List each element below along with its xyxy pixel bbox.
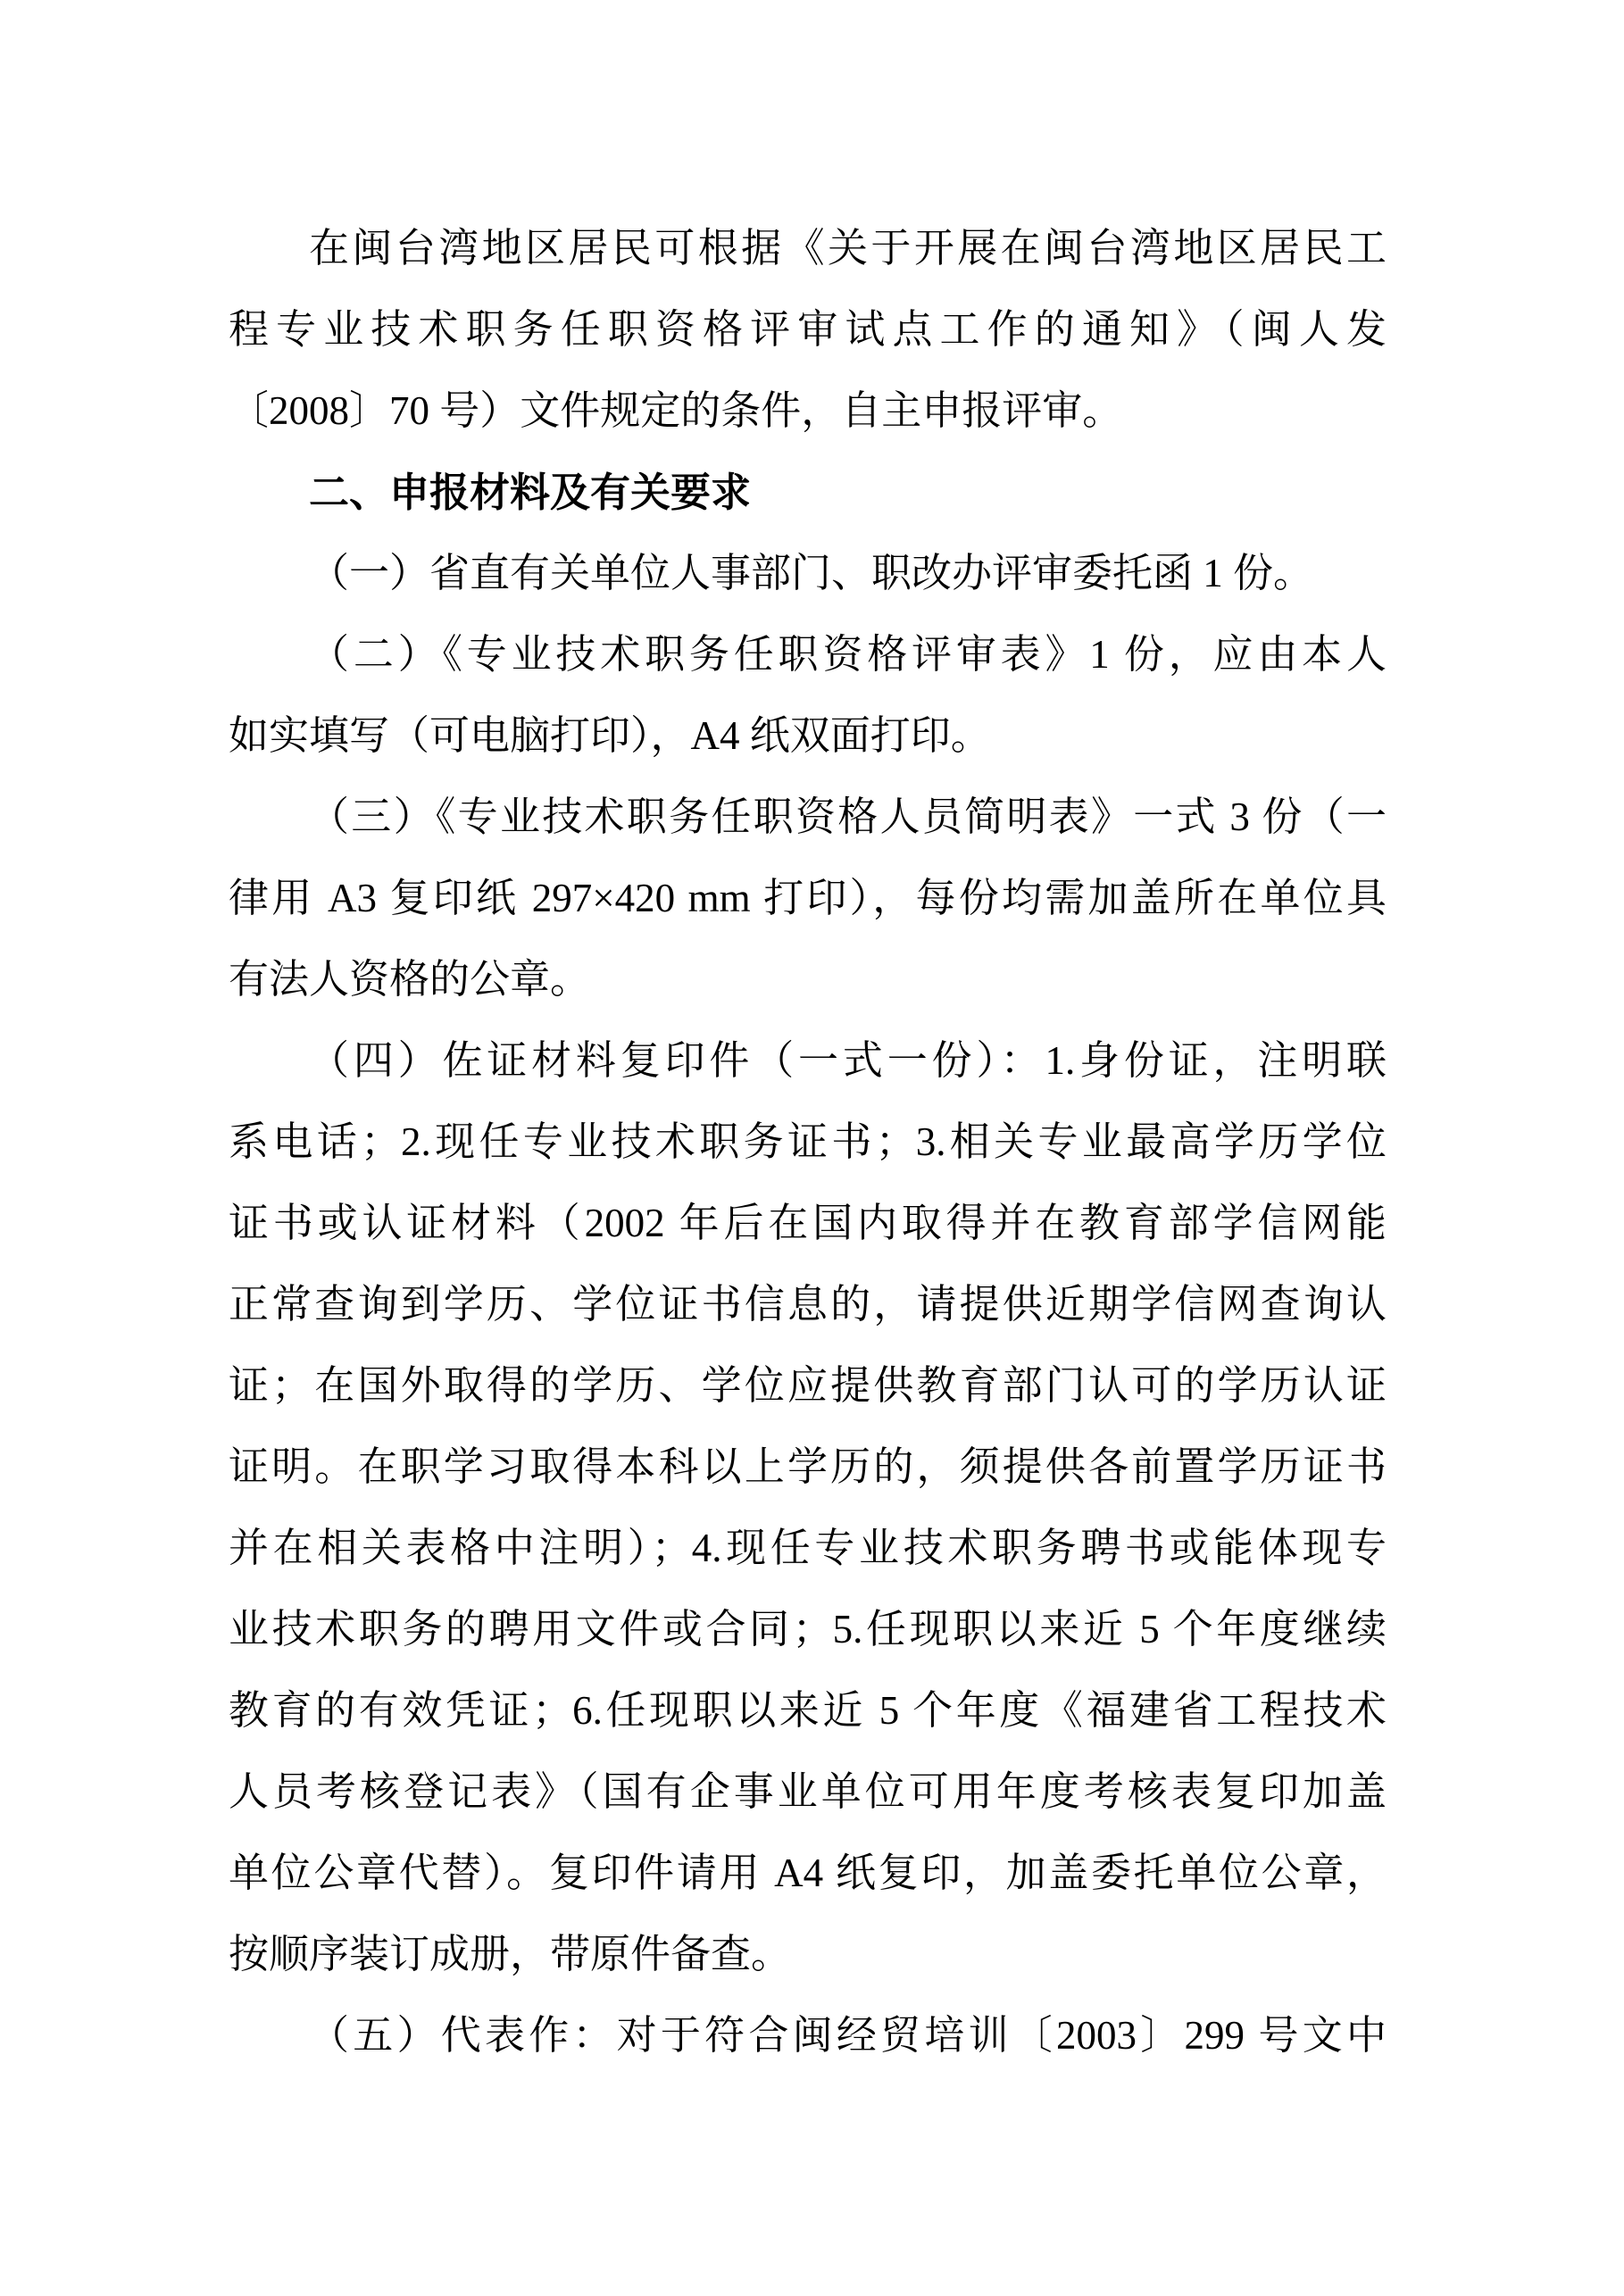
text-line: 程专业技术职务任职资格评审试点工作的通知》（闽人发	[229, 289, 1387, 370]
text-line: （五）代表作：对于符合闽经贸培训〔2003〕299 号文中	[229, 1995, 1387, 2076]
text-line: 证书或认证材料（2002 年后在国内取得并在教育部学信网能	[229, 1183, 1387, 1264]
item-4-supporting-materials: （四）佐证材料复印件（一式一份）：1.身份证，注明联 系电话；2.现任专业技术职…	[229, 1020, 1387, 1995]
text-line: （四）佐证材料复印件（一式一份）：1.身份证，注明联	[229, 1020, 1387, 1102]
text-line: （二）《专业技术职务任职资格评审表》1 份，应由本人	[229, 614, 1387, 695]
paragraph-intro: 在闽台湾地区居民可根据《关于开展在闽台湾地区居民工 程专业技术职务任职资格评审试…	[229, 208, 1387, 452]
text-line: 并在相关表格中注明）；4.现任专业技术职务聘书或能体现专	[229, 1508, 1387, 1589]
document-page: 在闽台湾地区居民可根据《关于开展在闽台湾地区居民工 程专业技术职务任职资格评审试…	[0, 0, 1624, 2296]
text-line: （三）《专业技术职务任职资格人员简明表》一式 3 份（一	[229, 777, 1387, 858]
text-line: 证明。在职学习取得本科以上学历的，须提供各前置学历证书	[229, 1427, 1387, 1508]
text-line: 如实填写（可电脑打印），A4 纸双面打印。	[229, 695, 1387, 777]
section-heading: 二、申报材料及有关要求	[229, 452, 1387, 533]
text-line: 律用 A3 复印纸 297×420 mm 打印），每份均需加盖所在单位具	[229, 858, 1387, 939]
text-line: 在闽台湾地区居民可根据《关于开展在闽台湾地区居民工	[229, 208, 1387, 289]
item-5-representative-work: （五）代表作：对于符合闽经贸培训〔2003〕299 号文中	[229, 1995, 1387, 2076]
text-line: 人员考核登记表》（国有企事业单位可用年度考核表复印加盖	[229, 1751, 1387, 1833]
section-heading-text: 二、申报材料及有关要求	[229, 452, 1387, 533]
text-line: 业技术职务的聘用文件或合同；5.任现职以来近 5 个年度继续	[229, 1589, 1387, 1670]
text-line: （一）省直有关单位人事部门、职改办评审委托函 1 份。	[229, 533, 1387, 614]
text-line: 单位公章代替）。复印件请用 A4 纸复印，加盖委托单位公章，	[229, 1833, 1387, 1914]
text-line: 系电话；2.现任专业技术职务证书；3.相关专业最高学历学位	[229, 1102, 1387, 1183]
text-line: 教育的有效凭证；6.任现职以来近 5 个年度《福建省工程技术	[229, 1670, 1387, 1751]
text-line: 按顺序装订成册，带原件备查。	[229, 1914, 1387, 1995]
text-line: 〔2008〕70 号）文件规定的条件，自主申报评审。	[229, 370, 1387, 452]
item-1-entrustment-letter: （一）省直有关单位人事部门、职改办评审委托函 1 份。	[229, 533, 1387, 614]
text-line: 有法人资格的公章。	[229, 939, 1387, 1020]
item-2-evaluation-form: （二）《专业技术职务任职资格评审表》1 份，应由本人 如实填写（可电脑打印），A…	[229, 614, 1387, 777]
text-line: 证；在国外取得的学历、学位应提供教育部门认可的学历认证	[229, 1345, 1387, 1427]
item-3-roster-table: （三）《专业技术职务任职资格人员简明表》一式 3 份（一 律用 A3 复印纸 2…	[229, 777, 1387, 1020]
text-line: 正常查询到学历、学位证书信息的，请提供近期学信网查询认	[229, 1264, 1387, 1345]
